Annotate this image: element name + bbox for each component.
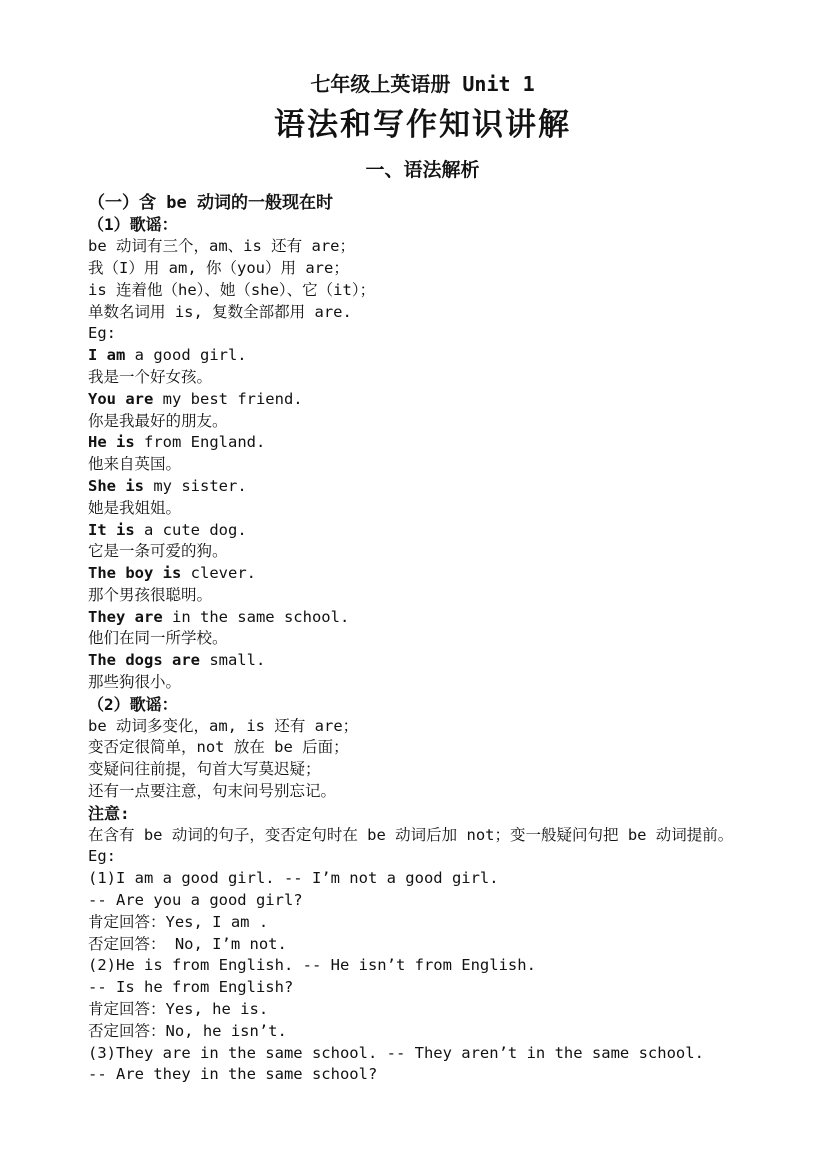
- text-segment: 否定回答： No, I’m not.: [88, 935, 287, 953]
- text-line: 否定回答：No, he isn’t.: [88, 1021, 757, 1043]
- text-line: 他们在同一所学校。: [88, 628, 757, 650]
- text-line: I am a good girl.: [88, 345, 757, 367]
- text-segment: (3)They are in the same school. -- They …: [88, 1044, 704, 1062]
- document-main-title: 语法和写作知识讲解: [88, 109, 757, 142]
- text-segment: 变疑问往前提，句首大写莫迟疑；: [88, 760, 321, 778]
- document-section-title: 一、语法解析: [88, 161, 757, 180]
- text-line: 还有一点要注意，句末问号别忘记。: [88, 781, 757, 803]
- text-segment: be 动词多变化，am, is 还有 are；: [88, 717, 358, 735]
- text-segment-bold: You are: [88, 390, 153, 408]
- text-line: 否定回答： No, I’m not.: [88, 934, 757, 956]
- text-segment: 那些狗很小。: [88, 673, 181, 691]
- text-line: 我（I）用 am, 你（you）用 are；: [88, 258, 757, 280]
- text-line: The boy is clever.: [88, 563, 757, 585]
- text-segment: 肯定回答：Yes, I am .: [88, 913, 268, 931]
- text-segment: Eg:: [88, 324, 116, 342]
- text-segment: be 动词有三个，am、is 还有 are；: [88, 237, 355, 255]
- text-segment: 还有一点要注意，句末问号别忘记。: [88, 782, 336, 800]
- text-segment: 在含有 be 动词的句子，变否定句时在 be 动词后加 not；变一般疑问句把 …: [88, 826, 733, 844]
- text-line: （一）含 be 动词的一般现在时: [88, 193, 757, 215]
- text-segment: 它是一条可爱的狗。: [88, 542, 228, 560]
- text-line: -- Are you a good girl?: [88, 890, 757, 912]
- text-line: The dogs are small.: [88, 650, 757, 672]
- text-segment: 他来自英国。: [88, 455, 181, 473]
- text-line: Eg:: [88, 323, 757, 345]
- text-segment: 那个男孩很聪明。: [88, 586, 212, 604]
- text-segment-bold: The boy is: [88, 564, 181, 582]
- text-line: (3)They are in the same school. -- They …: [88, 1043, 757, 1065]
- text-line: 它是一条可爱的狗。: [88, 541, 757, 563]
- text-line: -- Is he from English?: [88, 977, 757, 999]
- text-line: 我是一个好女孩。: [88, 367, 757, 389]
- text-segment-bold: （1）歌谣：: [88, 215, 178, 234]
- text-segment: -- Are you a good girl?: [88, 891, 303, 909]
- text-segment: 变否定很简单，not 放在 be 后面；: [88, 738, 349, 756]
- text-segment: my best friend.: [153, 390, 302, 408]
- text-line: You are my best friend.: [88, 389, 757, 411]
- text-segment: a cute dog.: [135, 521, 247, 539]
- text-line: 你是我最好的朋友。: [88, 411, 757, 433]
- text-line: It is a cute dog.: [88, 520, 757, 542]
- text-segment: 否定回答：No, he isn’t.: [88, 1022, 287, 1040]
- text-line: （1）歌谣：: [88, 214, 757, 236]
- text-line: She is my sister.: [88, 476, 757, 498]
- text-line: be 动词多变化，am, is 还有 are；: [88, 716, 757, 738]
- text-segment: clever.: [181, 564, 256, 582]
- text-segment-bold: He is: [88, 433, 135, 451]
- text-line: Eg:: [88, 846, 757, 868]
- text-line: （2）歌谣：: [88, 694, 757, 716]
- text-segment-bold: I am: [88, 346, 125, 364]
- text-segment: -- Are they in the same school?: [88, 1065, 377, 1083]
- text-line: 变疑问往前提，句首大写莫迟疑；: [88, 759, 757, 781]
- text-segment: in the same school.: [163, 608, 350, 626]
- text-line: 那个男孩很聪明。: [88, 585, 757, 607]
- text-segment-bold: She is: [88, 477, 144, 495]
- text-line: 他来自英国。: [88, 454, 757, 476]
- text-segment: from England.: [135, 433, 266, 451]
- text-segment: 他们在同一所学校。: [88, 629, 228, 647]
- text-line: 变否定很简单，not 放在 be 后面；: [88, 737, 757, 759]
- document-page: 七年级上英语册 Unit 1 语法和写作知识讲解 一、语法解析 （一）含 be …: [0, 0, 827, 1169]
- text-segment: -- Is he from English?: [88, 978, 293, 996]
- text-segment-bold: 注意:: [88, 804, 130, 823]
- text-segment-bold: They are: [88, 608, 163, 626]
- document-header-title: 七年级上英语册 Unit 1: [88, 74, 757, 94]
- text-segment: 肯定回答：Yes, he is.: [88, 1000, 268, 1018]
- document-body: （一）含 be 动词的一般现在时（1）歌谣：be 动词有三个，am、is 还有 …: [88, 193, 757, 1087]
- text-segment: 你是我最好的朋友。: [88, 412, 228, 430]
- text-segment: my sister.: [144, 477, 247, 495]
- text-line: 她是我姐姐。: [88, 498, 757, 520]
- text-segment-bold: The dogs are: [88, 651, 200, 669]
- text-segment: 单数名词用 is, 复数全部都用 are.: [88, 303, 352, 321]
- text-line: 注意:: [88, 803, 757, 825]
- text-line: 那些狗很小。: [88, 672, 757, 694]
- text-segment: 她是我姐姐。: [88, 499, 181, 517]
- text-line: is 连着他（he）、她（she）、它（it）；: [88, 280, 757, 302]
- text-segment: 我（I）用 am, 你（you）用 are；: [88, 259, 349, 277]
- text-line: 肯定回答：Yes, I am .: [88, 912, 757, 934]
- text-line: (2)He is from English. -- He isn’t from …: [88, 955, 757, 977]
- text-line: 单数名词用 is, 复数全部都用 are.: [88, 302, 757, 324]
- text-line: They are in the same school.: [88, 607, 757, 629]
- text-segment: Eg:: [88, 847, 116, 865]
- text-segment-bold: （2）歌谣：: [88, 695, 178, 714]
- text-segment: (2)He is from English. -- He isn’t from …: [88, 956, 536, 974]
- text-segment-bold: It is: [88, 521, 135, 539]
- text-segment: small.: [200, 651, 265, 669]
- text-line: -- Are they in the same school?: [88, 1064, 757, 1086]
- text-line: be 动词有三个，am、is 还有 are；: [88, 236, 757, 258]
- text-segment: 我是一个好女孩。: [88, 368, 212, 386]
- text-segment: (1)I am a good girl. -- I’m not a good g…: [88, 869, 499, 887]
- text-segment: is 连着他（he）、她（she）、它（it）；: [88, 281, 375, 299]
- text-line: (1)I am a good girl. -- I’m not a good g…: [88, 868, 757, 890]
- text-line: He is from England.: [88, 432, 757, 454]
- text-segment-bold: （一）含 be 动词的一般现在时: [88, 193, 333, 213]
- text-line: 肯定回答：Yes, he is.: [88, 999, 757, 1021]
- text-segment: a good girl.: [125, 346, 246, 364]
- text-line: 在含有 be 动词的句子，变否定句时在 be 动词后加 not；变一般疑问句把 …: [88, 825, 757, 847]
